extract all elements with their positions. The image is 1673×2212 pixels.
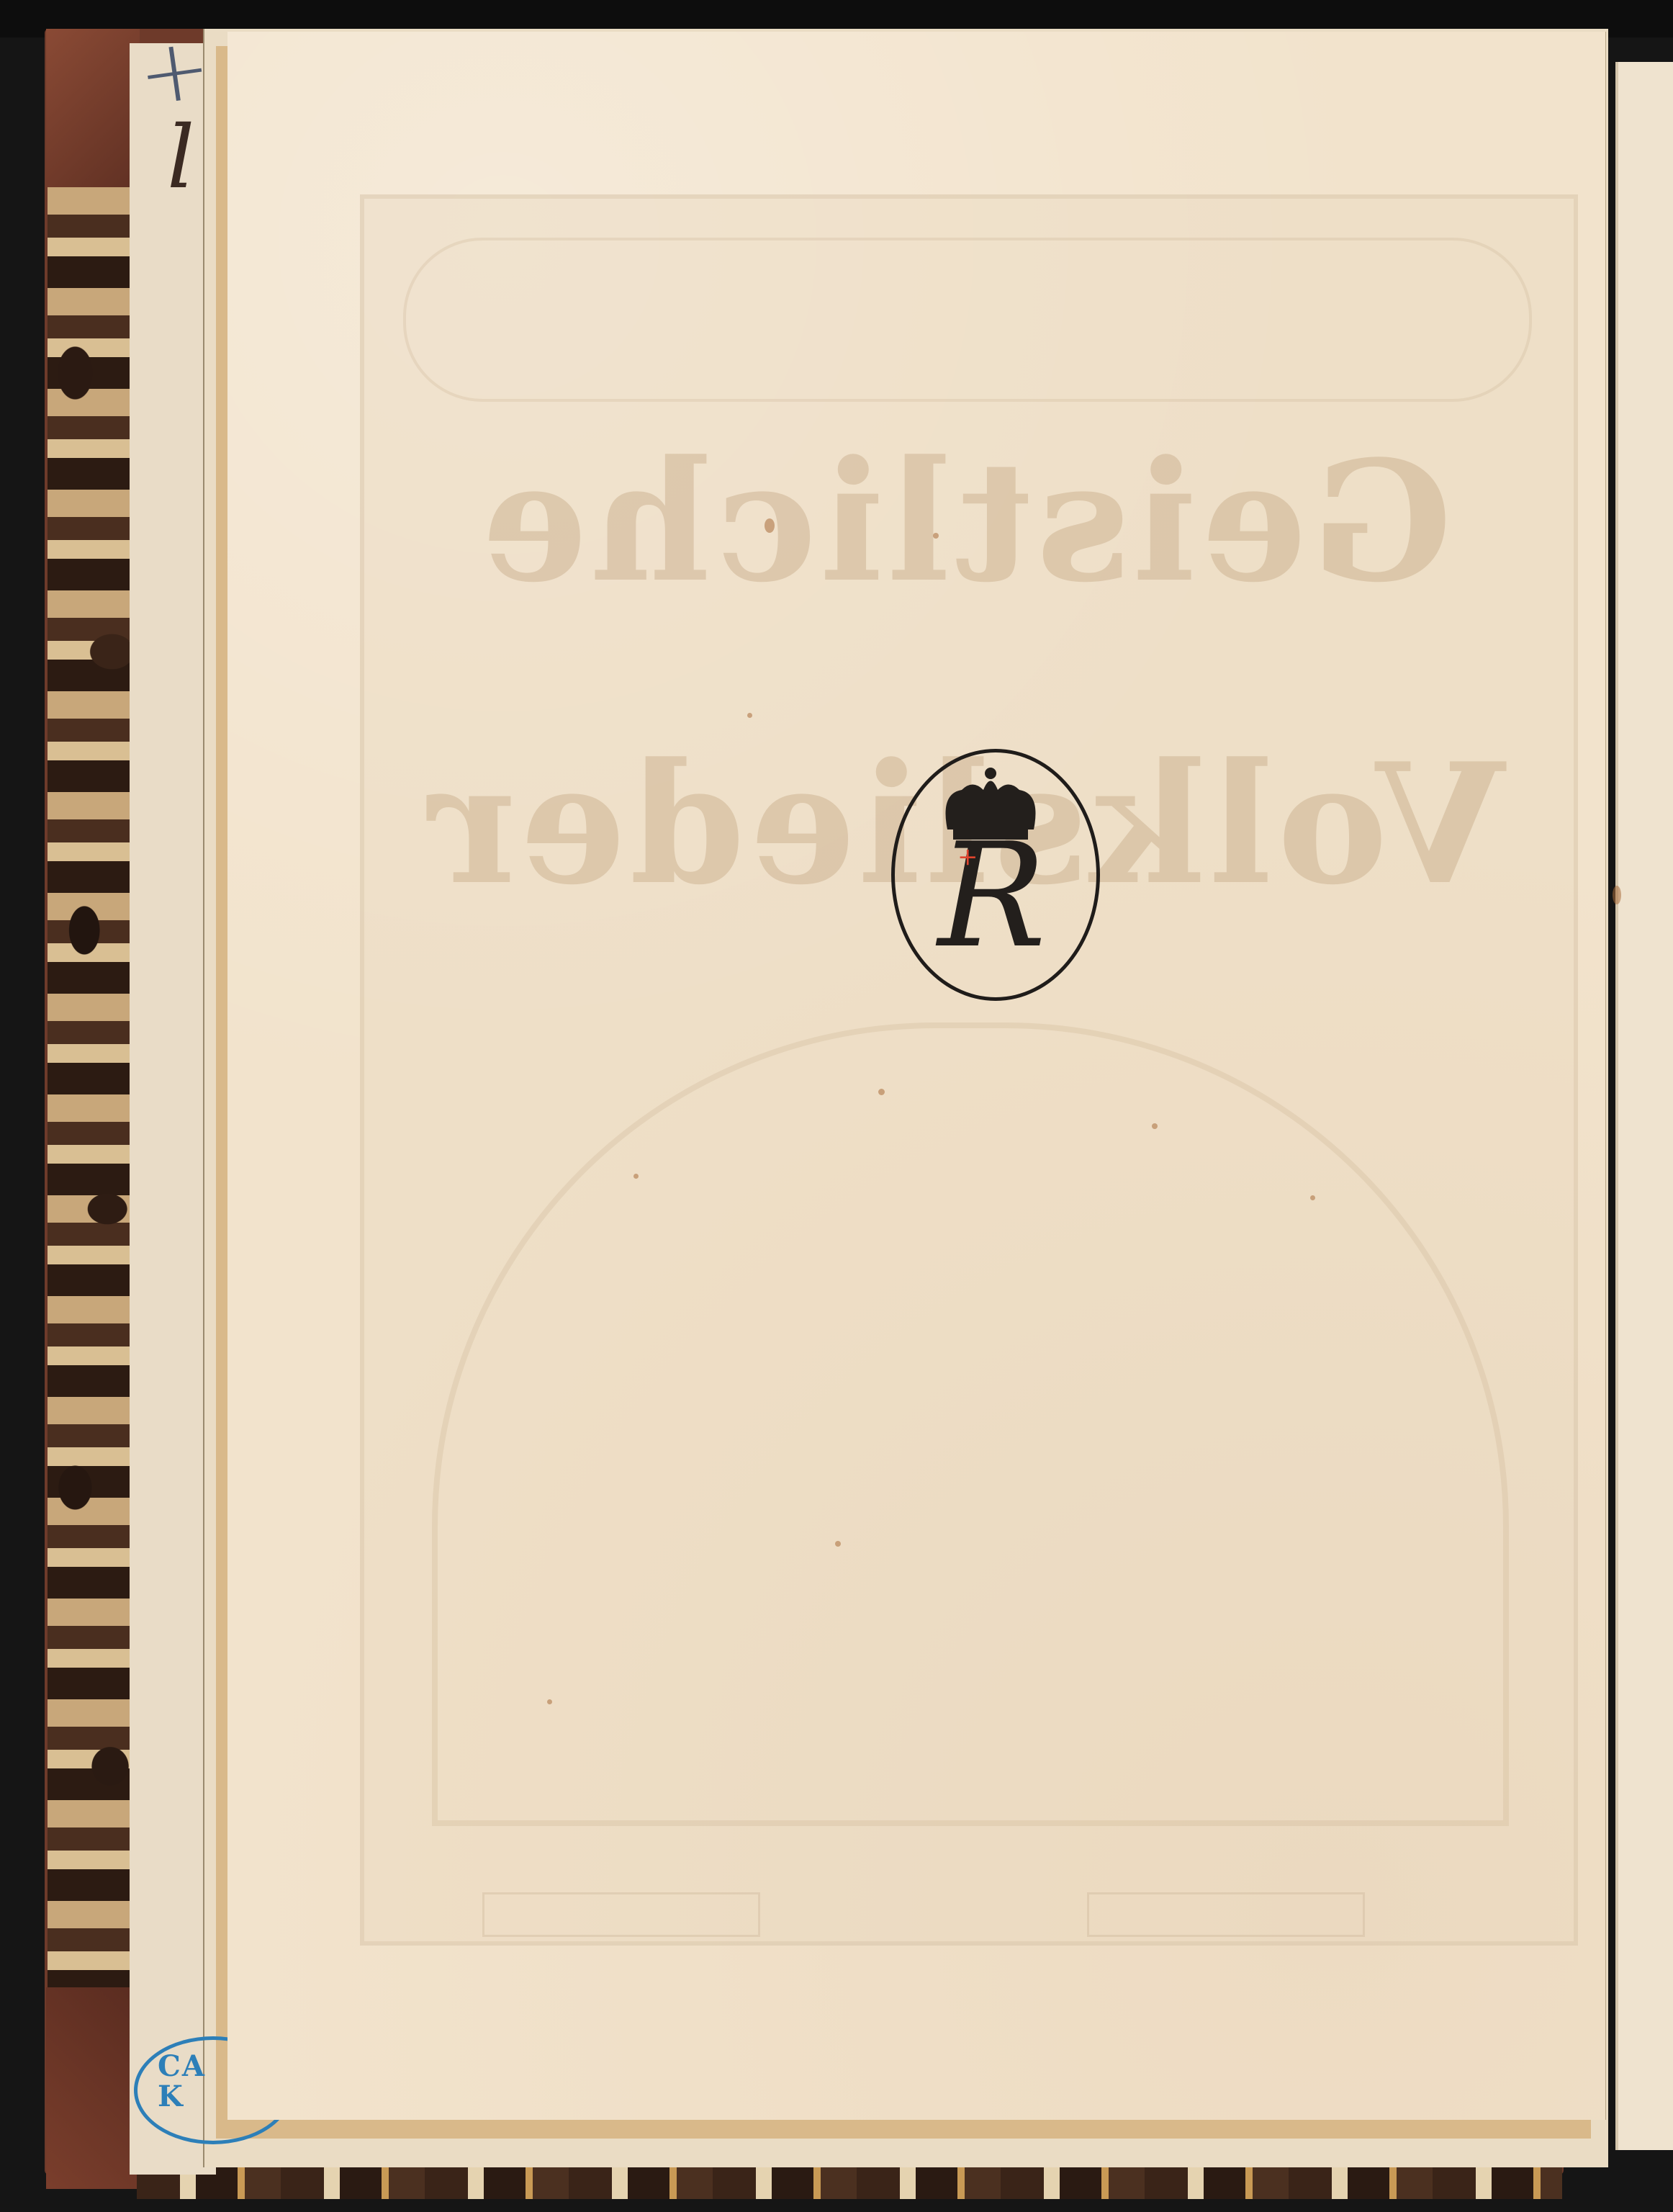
foxing-spot	[1310, 1195, 1315, 1200]
monogram-cipher: R	[913, 814, 1071, 979]
show-through-plate-right	[1087, 1892, 1365, 1937]
foxing-spot	[747, 713, 752, 718]
foxing-spot	[835, 1541, 841, 1547]
foxing-spot	[1152, 1123, 1158, 1129]
red-pencil-mark: +	[957, 842, 978, 871]
foxing-spot	[547, 1699, 552, 1704]
handwritten-letter: l	[167, 108, 194, 208]
marbled-board-bottom-edge	[137, 2167, 1562, 2199]
show-through-ornament	[403, 238, 1532, 402]
facing-page-edge	[1615, 62, 1673, 2150]
leather-corner-bottom	[46, 1987, 140, 2189]
show-through-title-line1: Geistliche	[403, 425, 1526, 619]
marbled-board	[48, 187, 140, 2045]
show-through-plate-left	[482, 1892, 760, 1937]
leather-corner-top	[46, 29, 140, 202]
foxing-spot	[933, 533, 939, 539]
foxing-spot	[633, 1174, 639, 1179]
foxing-spot	[765, 518, 775, 533]
foxing-spot	[1613, 886, 1621, 904]
foxing-spot	[878, 1089, 885, 1095]
